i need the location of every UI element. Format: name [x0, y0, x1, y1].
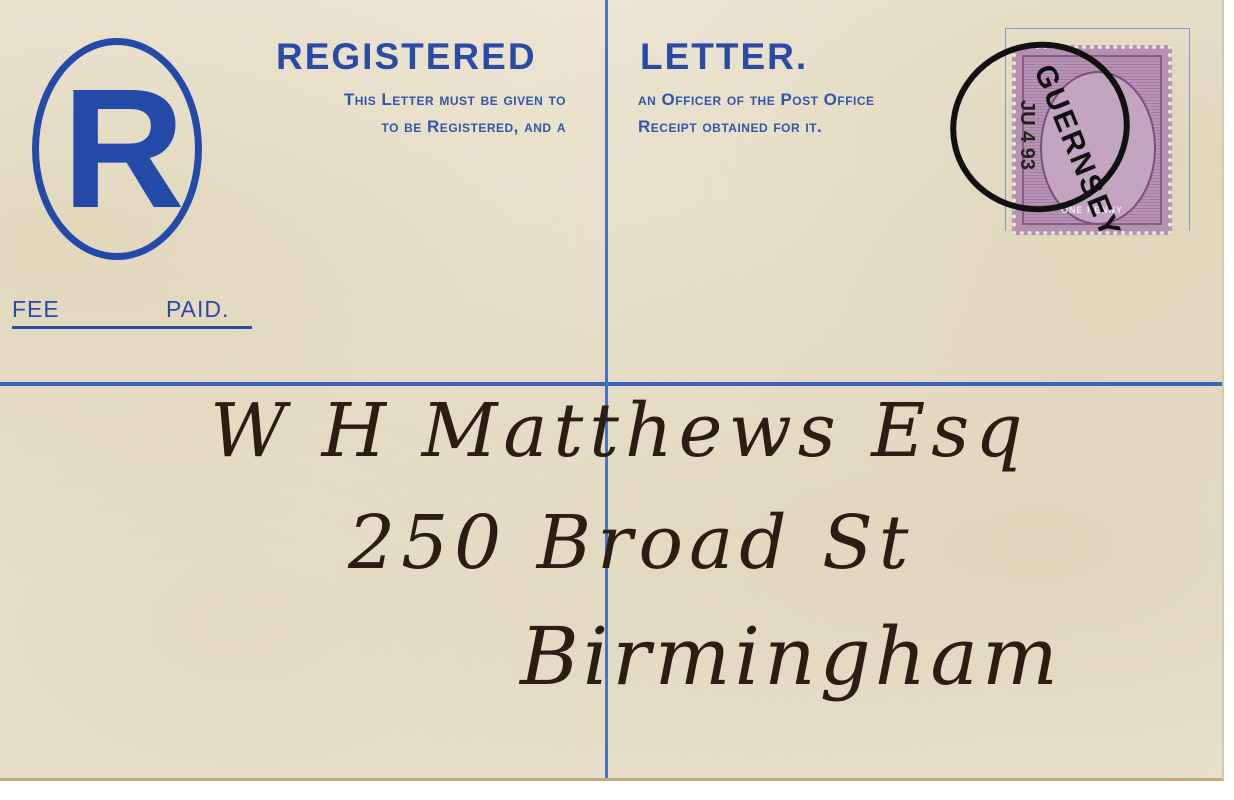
address-street: 250 Broad St: [348, 500, 915, 586]
address-city: Birmingham: [520, 610, 1062, 703]
registration-mark: R: [62, 64, 185, 234]
fee-label: FEE: [12, 296, 60, 323]
fee-underline: [12, 326, 252, 329]
instruction-right-1: an Officer of the Post Office: [638, 90, 875, 110]
heading-letter: LETTER.: [640, 36, 808, 78]
postmark-date: JU 4 93: [1015, 100, 1038, 170]
address-name: W H Matthews Esq: [210, 388, 1029, 474]
instruction-left-2: to be Registered, and a: [381, 117, 566, 137]
envelope: R REGISTERED LETTER. This Letter must be…: [0, 0, 1224, 781]
paid-label: PAID.: [166, 296, 229, 323]
instruction-left-1: This Letter must be given to: [344, 90, 566, 110]
instruction-right-2: Receipt obtained for it.: [638, 117, 822, 137]
heading-registered: REGISTERED: [276, 36, 537, 78]
horizontal-rule: [0, 382, 1222, 386]
